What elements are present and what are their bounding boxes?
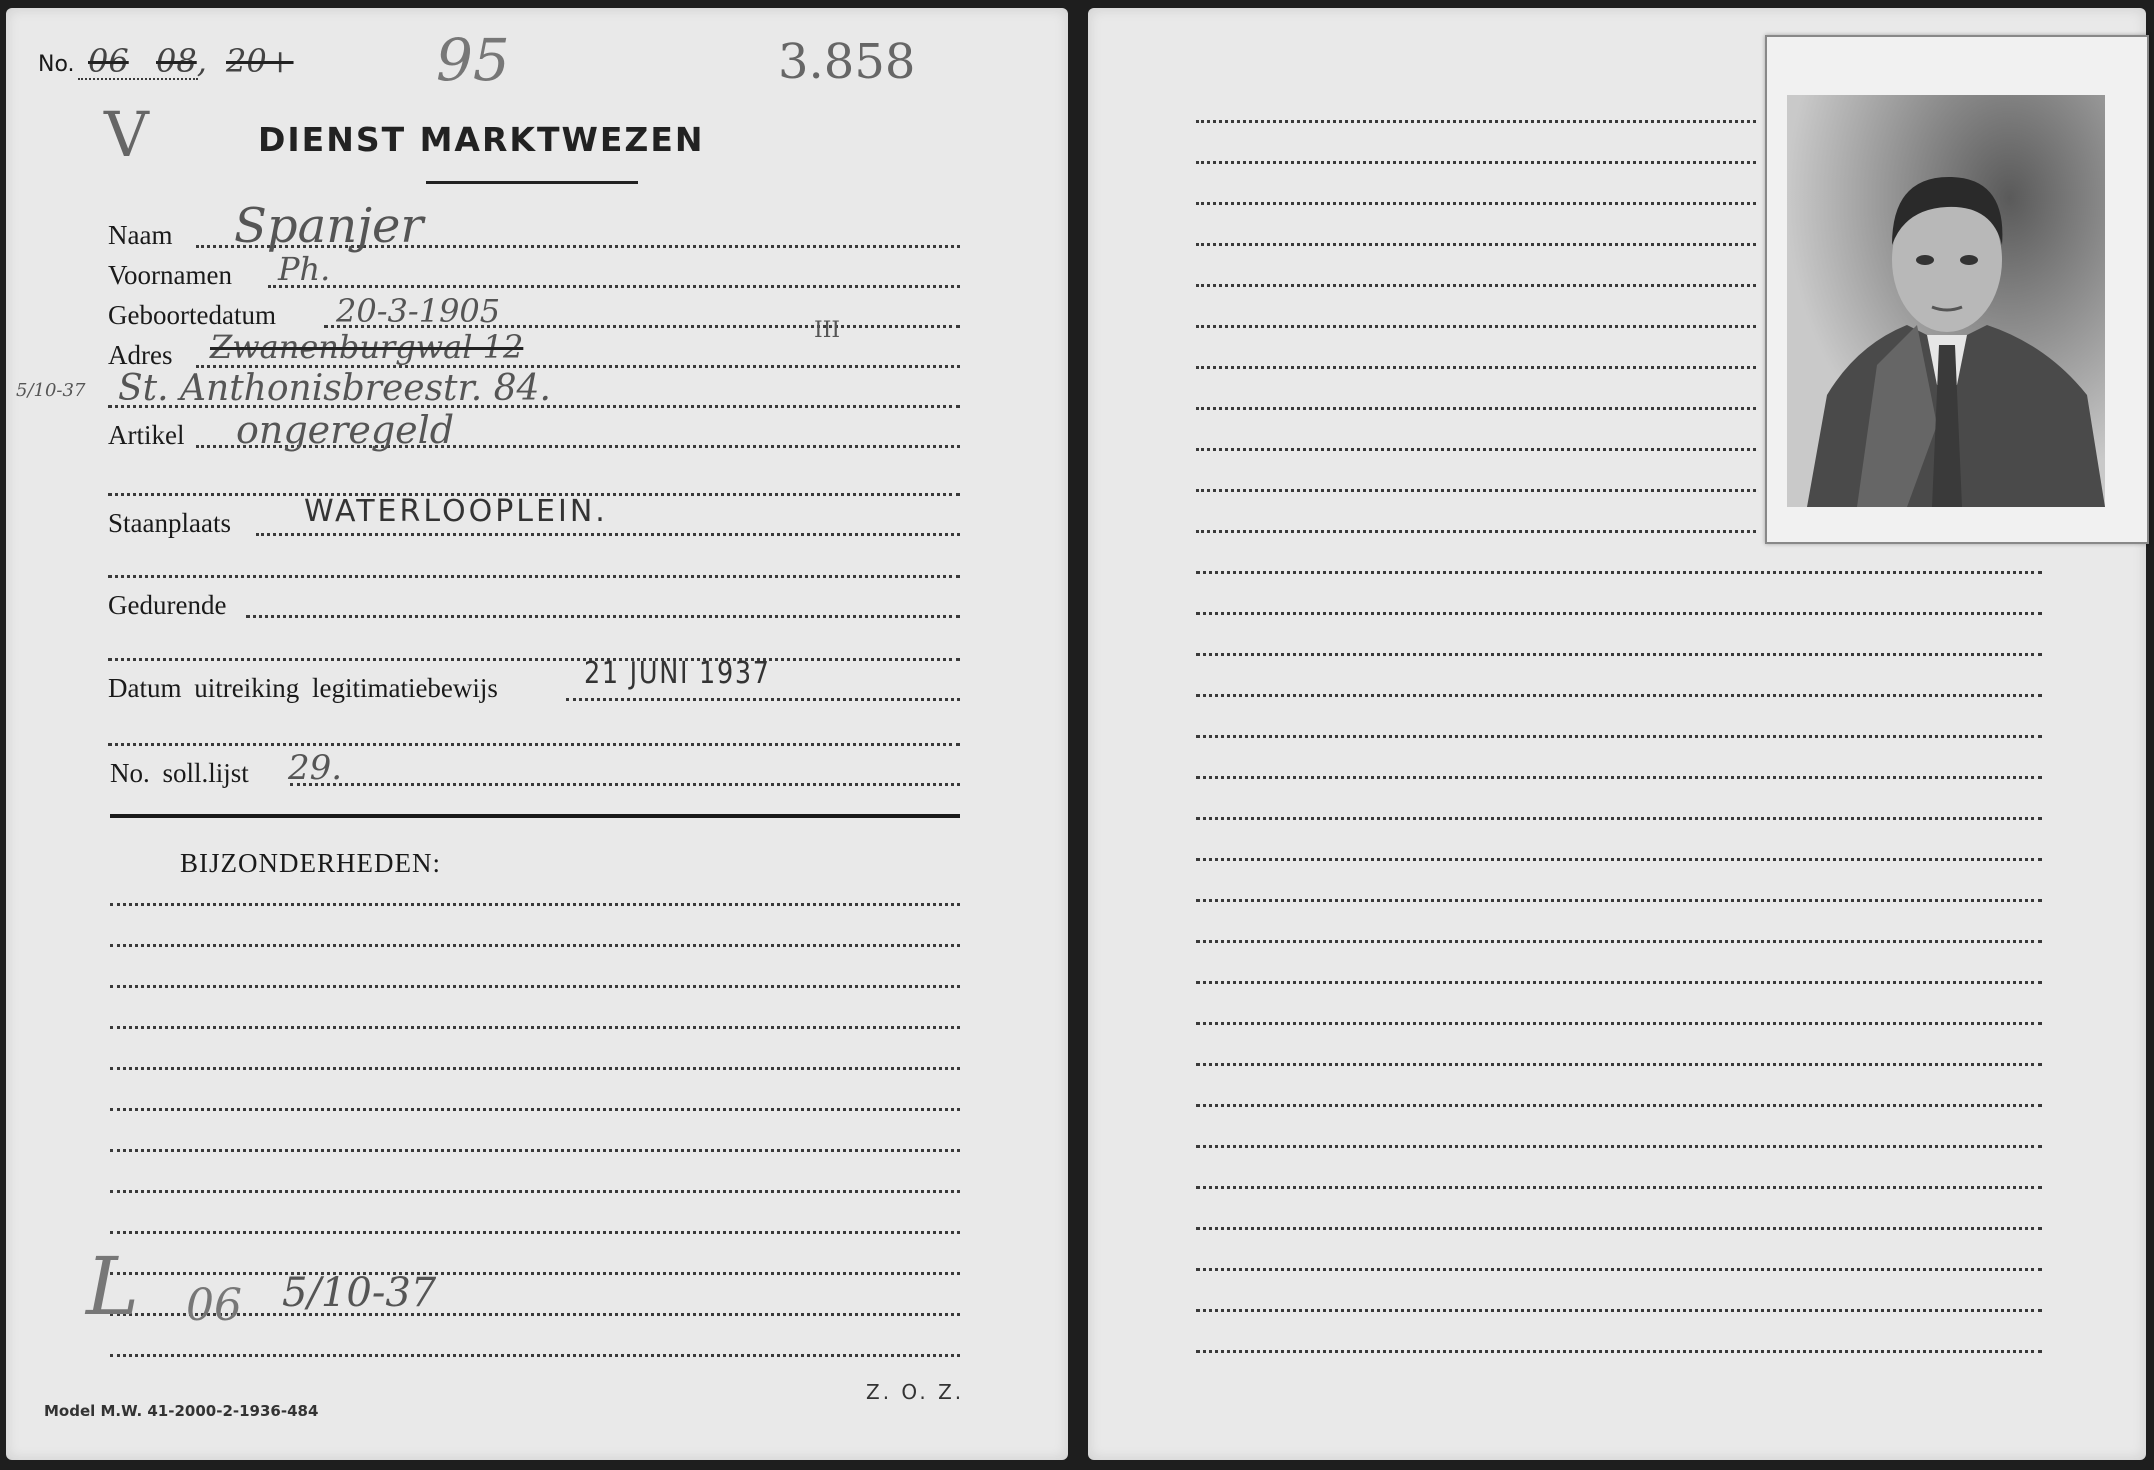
ruled-line (1196, 284, 1756, 287)
ruled-line (110, 985, 960, 988)
soll-lijst-line (290, 783, 960, 786)
ruled-line (1196, 694, 2042, 697)
staanplaats-label: Staanplaats (108, 508, 231, 539)
number-struck-1: 06 (88, 42, 129, 80)
ruled-line (1196, 325, 1756, 328)
ruled-line (1196, 899, 2042, 902)
voornamen-value: Ph. (278, 250, 330, 288)
number-current: 95 (436, 26, 510, 94)
ruled-line (1196, 776, 2042, 779)
adres-label: Adres (108, 340, 172, 371)
ruled-line (1196, 1186, 2042, 1189)
ruled-line (110, 1231, 960, 1234)
blank-line (108, 575, 960, 578)
ruled-line (1196, 1227, 2042, 1230)
blank-line (108, 743, 960, 746)
adres-floor: III (814, 318, 840, 343)
artikel-value: ongeregeld (236, 408, 454, 452)
portrait-illustration (1787, 95, 2105, 507)
ruled-line (110, 1354, 960, 1357)
soll-lijst-label: No. soll.lijst (110, 758, 249, 789)
ruled-line (110, 1190, 960, 1193)
ruled-line (1196, 161, 1756, 164)
portrait-photo (1787, 95, 2105, 507)
naam-label: Naam (108, 220, 172, 251)
gedurende-line (246, 615, 960, 618)
ruled-line (1196, 202, 1756, 205)
ruled-line (1196, 448, 1756, 451)
number-struck-2: 08, (156, 42, 207, 80)
ruled-line (1196, 1268, 2042, 1271)
gedurende-label: Gedurende (108, 590, 226, 621)
ruled-line (1196, 366, 1756, 369)
ruled-line (1196, 735, 2042, 738)
datum-uitreiking-line (566, 698, 960, 701)
ruled-line (1196, 858, 2042, 861)
voornamen-line (268, 285, 960, 288)
ruled-line (1196, 981, 2042, 984)
reference-number: 3.858 (778, 34, 915, 90)
geboortedatum-value: 20-3-1905 (336, 292, 500, 330)
number-struck-3: 20+ (226, 42, 294, 80)
bottom-note-number: 06 (186, 1280, 242, 1331)
bottom-note-date: 5/10-37 (282, 1270, 436, 1316)
staanplaats-value: WATERLOOPLEIN. (304, 494, 608, 529)
check-mark: V (104, 98, 149, 171)
card-title: DIENST MARKTWEZEN (258, 120, 705, 159)
zoz-note: Z. O. Z. (866, 1380, 964, 1404)
ruled-line (1196, 489, 1756, 492)
title-underline (426, 181, 638, 184)
ruled-line (110, 1026, 960, 1029)
bottom-note-initial: L (86, 1240, 139, 1333)
section-divider (110, 814, 960, 818)
ruled-line (1196, 653, 2042, 656)
adres-value-struck: Zwanenburgwal 12 (210, 328, 523, 366)
ruled-line (1196, 243, 1756, 246)
ruled-line (110, 1108, 960, 1111)
ruled-line (110, 1149, 960, 1152)
adres-change-date: 5/10-37 (16, 380, 85, 401)
ruled-line (1196, 120, 1756, 123)
ruled-line (1196, 407, 1756, 410)
blank-line (108, 658, 960, 661)
ruled-line (110, 1272, 960, 1275)
adres-new-value: St. Anthonisbreestr. 84. (118, 368, 551, 409)
geboortedatum-label: Geboortedatum (108, 300, 276, 331)
model-number: Model M.W. 41-2000-2-1936-484 (44, 1402, 318, 1420)
ruled-line (1196, 1063, 2042, 1066)
ruled-line (110, 1067, 960, 1070)
naam-value: Spanjer (234, 198, 423, 254)
ruled-line (1196, 1309, 2042, 1312)
ruled-line (1196, 612, 2042, 615)
staanplaats-line (256, 533, 960, 536)
photo-mount (1765, 35, 2149, 544)
registration-card-front: No. 06 08, 20+ 95 3.858 V DIENST MARKTWE… (6, 8, 1068, 1460)
datum-uitreiking-value: 21 JUNI 1937 (584, 656, 771, 691)
ruled-line (1196, 1104, 2042, 1107)
ruled-line (1196, 1145, 2042, 1148)
datum-uitreiking-label: Datum uitreiking legitimatiebewijs (108, 673, 498, 704)
soll-lijst-value: 29. (288, 748, 342, 788)
number-label: No. (38, 52, 75, 77)
ruled-line (1196, 1350, 2042, 1353)
ruled-line (1196, 571, 2042, 574)
ruled-line (1196, 940, 2042, 943)
ruled-line (1196, 530, 1756, 533)
bijzonderheden-heading: BIJZONDERHEDEN: (180, 848, 441, 879)
ruled-line (1196, 817, 2042, 820)
ruled-line (110, 944, 960, 947)
ruled-line (1196, 1022, 2042, 1025)
artikel-label: Artikel (108, 420, 184, 451)
voornamen-label: Voornamen (108, 260, 232, 291)
ruled-line (110, 903, 960, 906)
